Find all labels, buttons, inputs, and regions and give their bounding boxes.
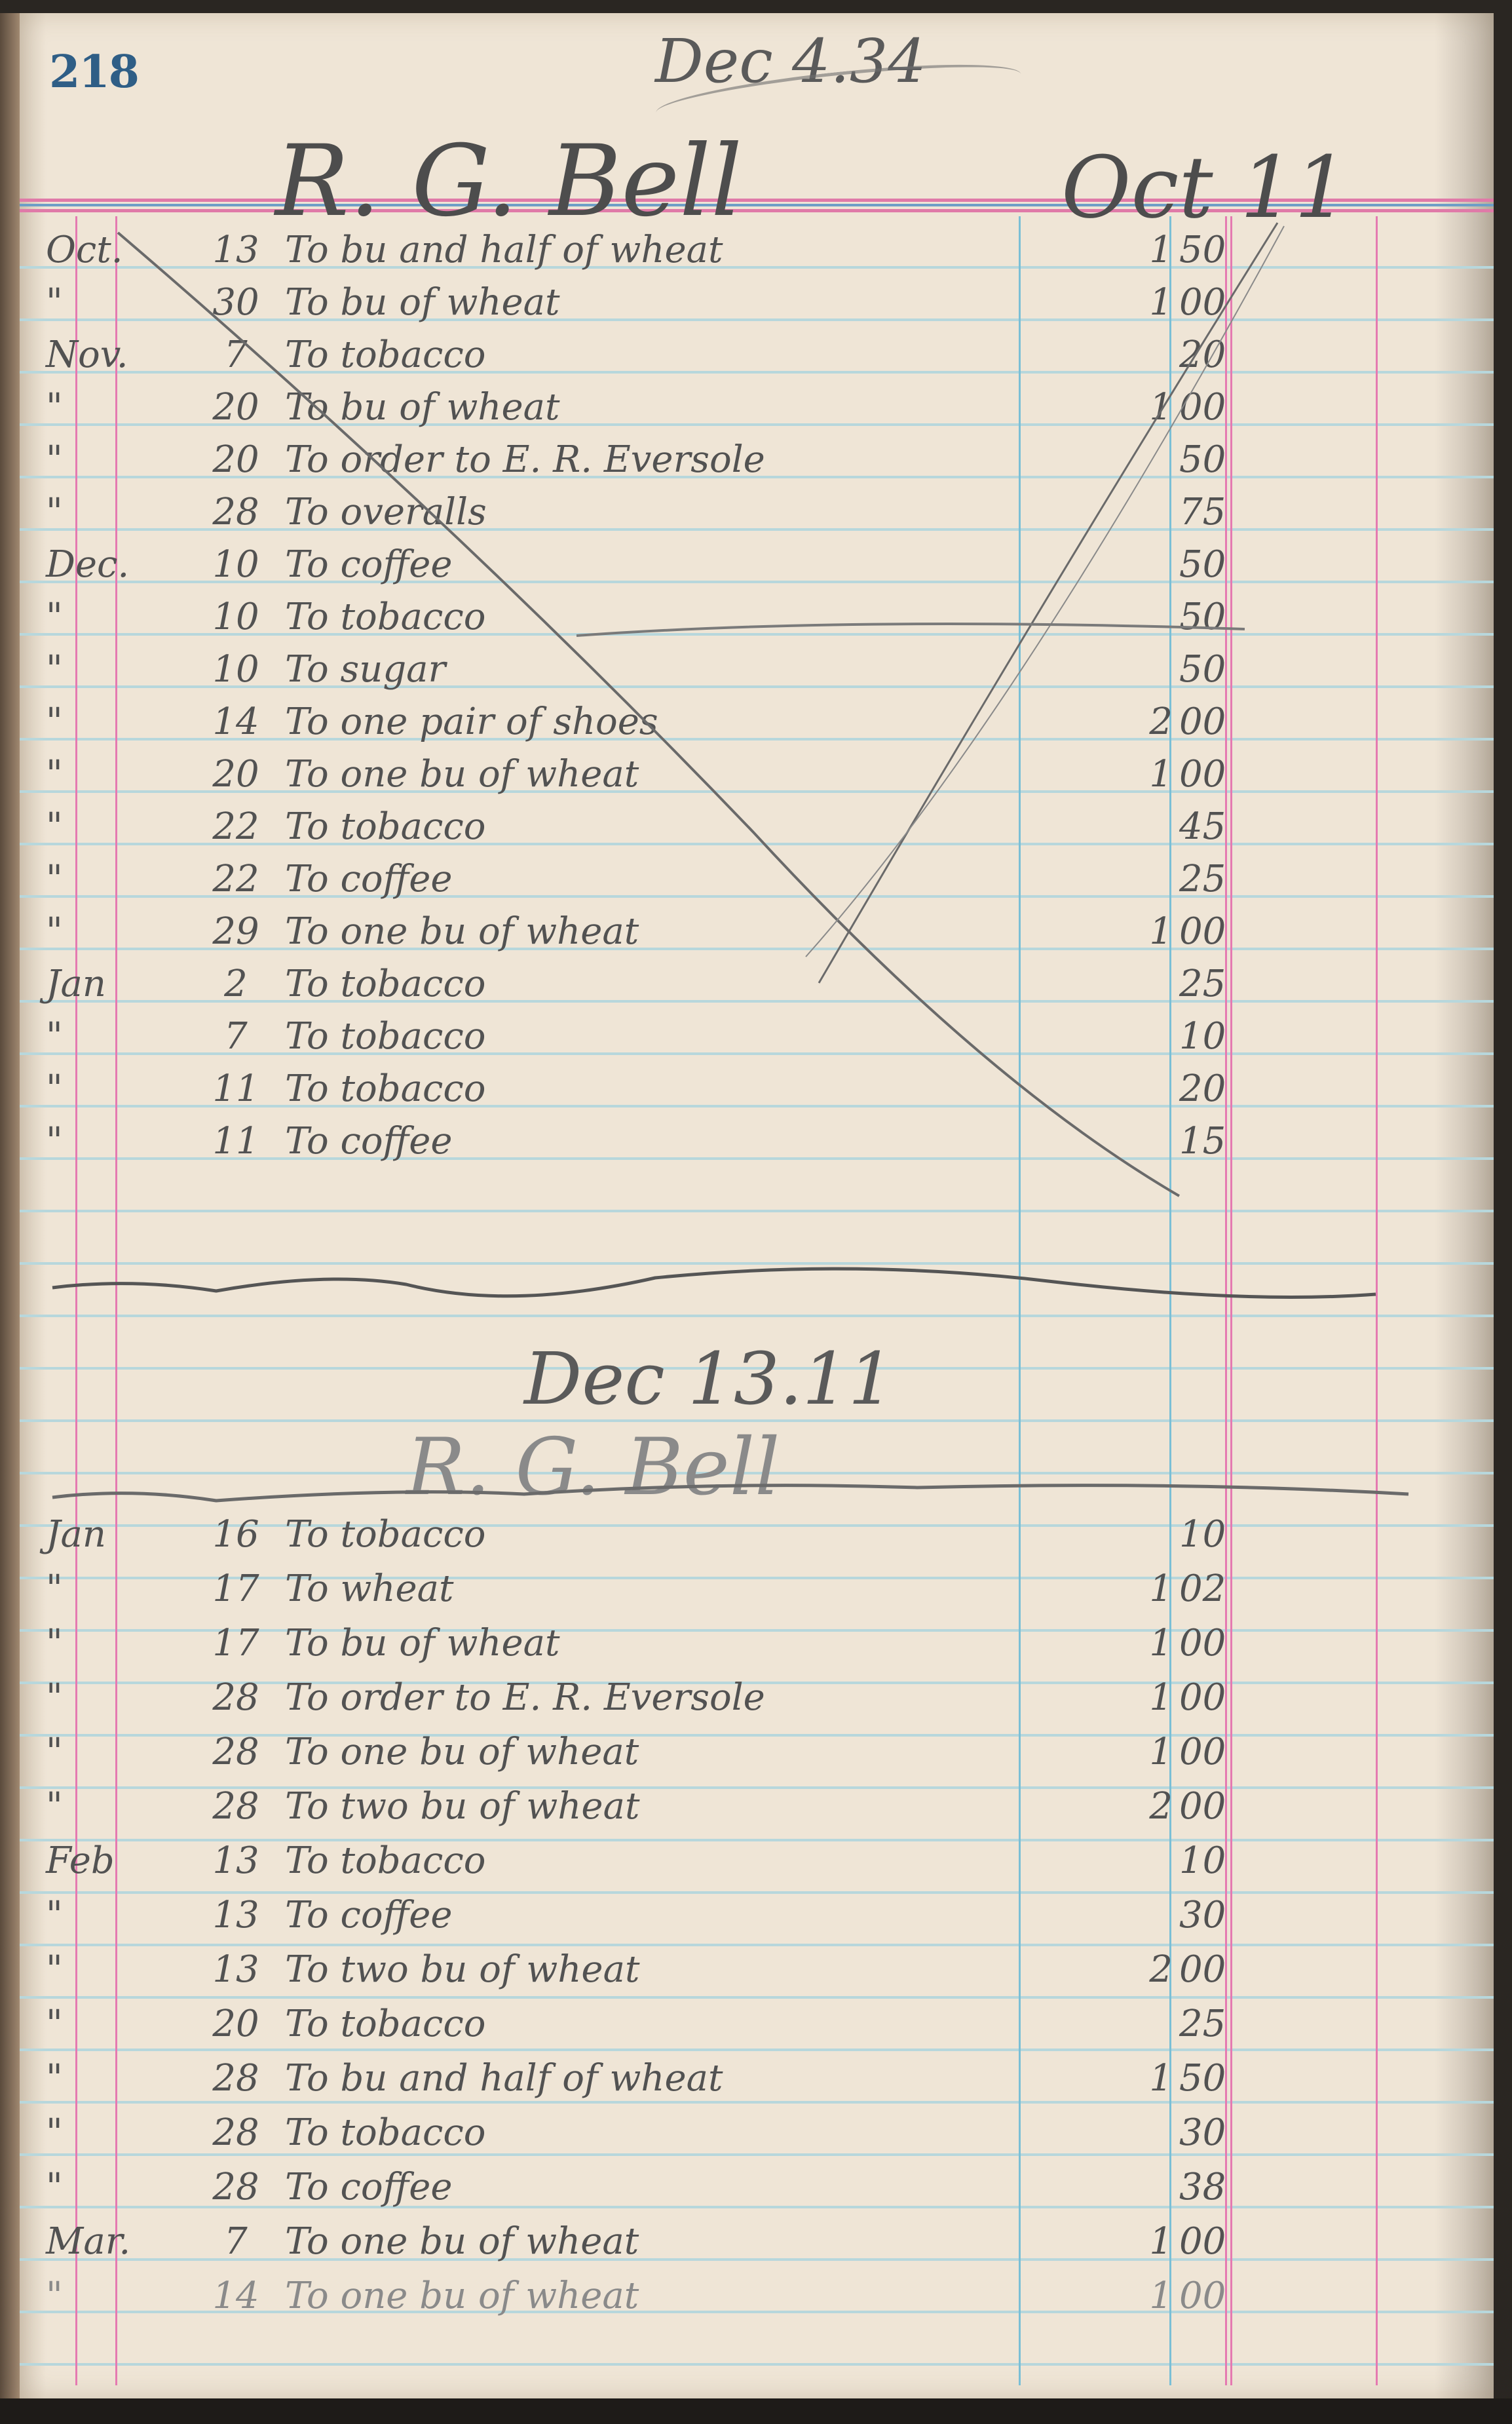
pencil-strike-marks [0,0,1512,2424]
